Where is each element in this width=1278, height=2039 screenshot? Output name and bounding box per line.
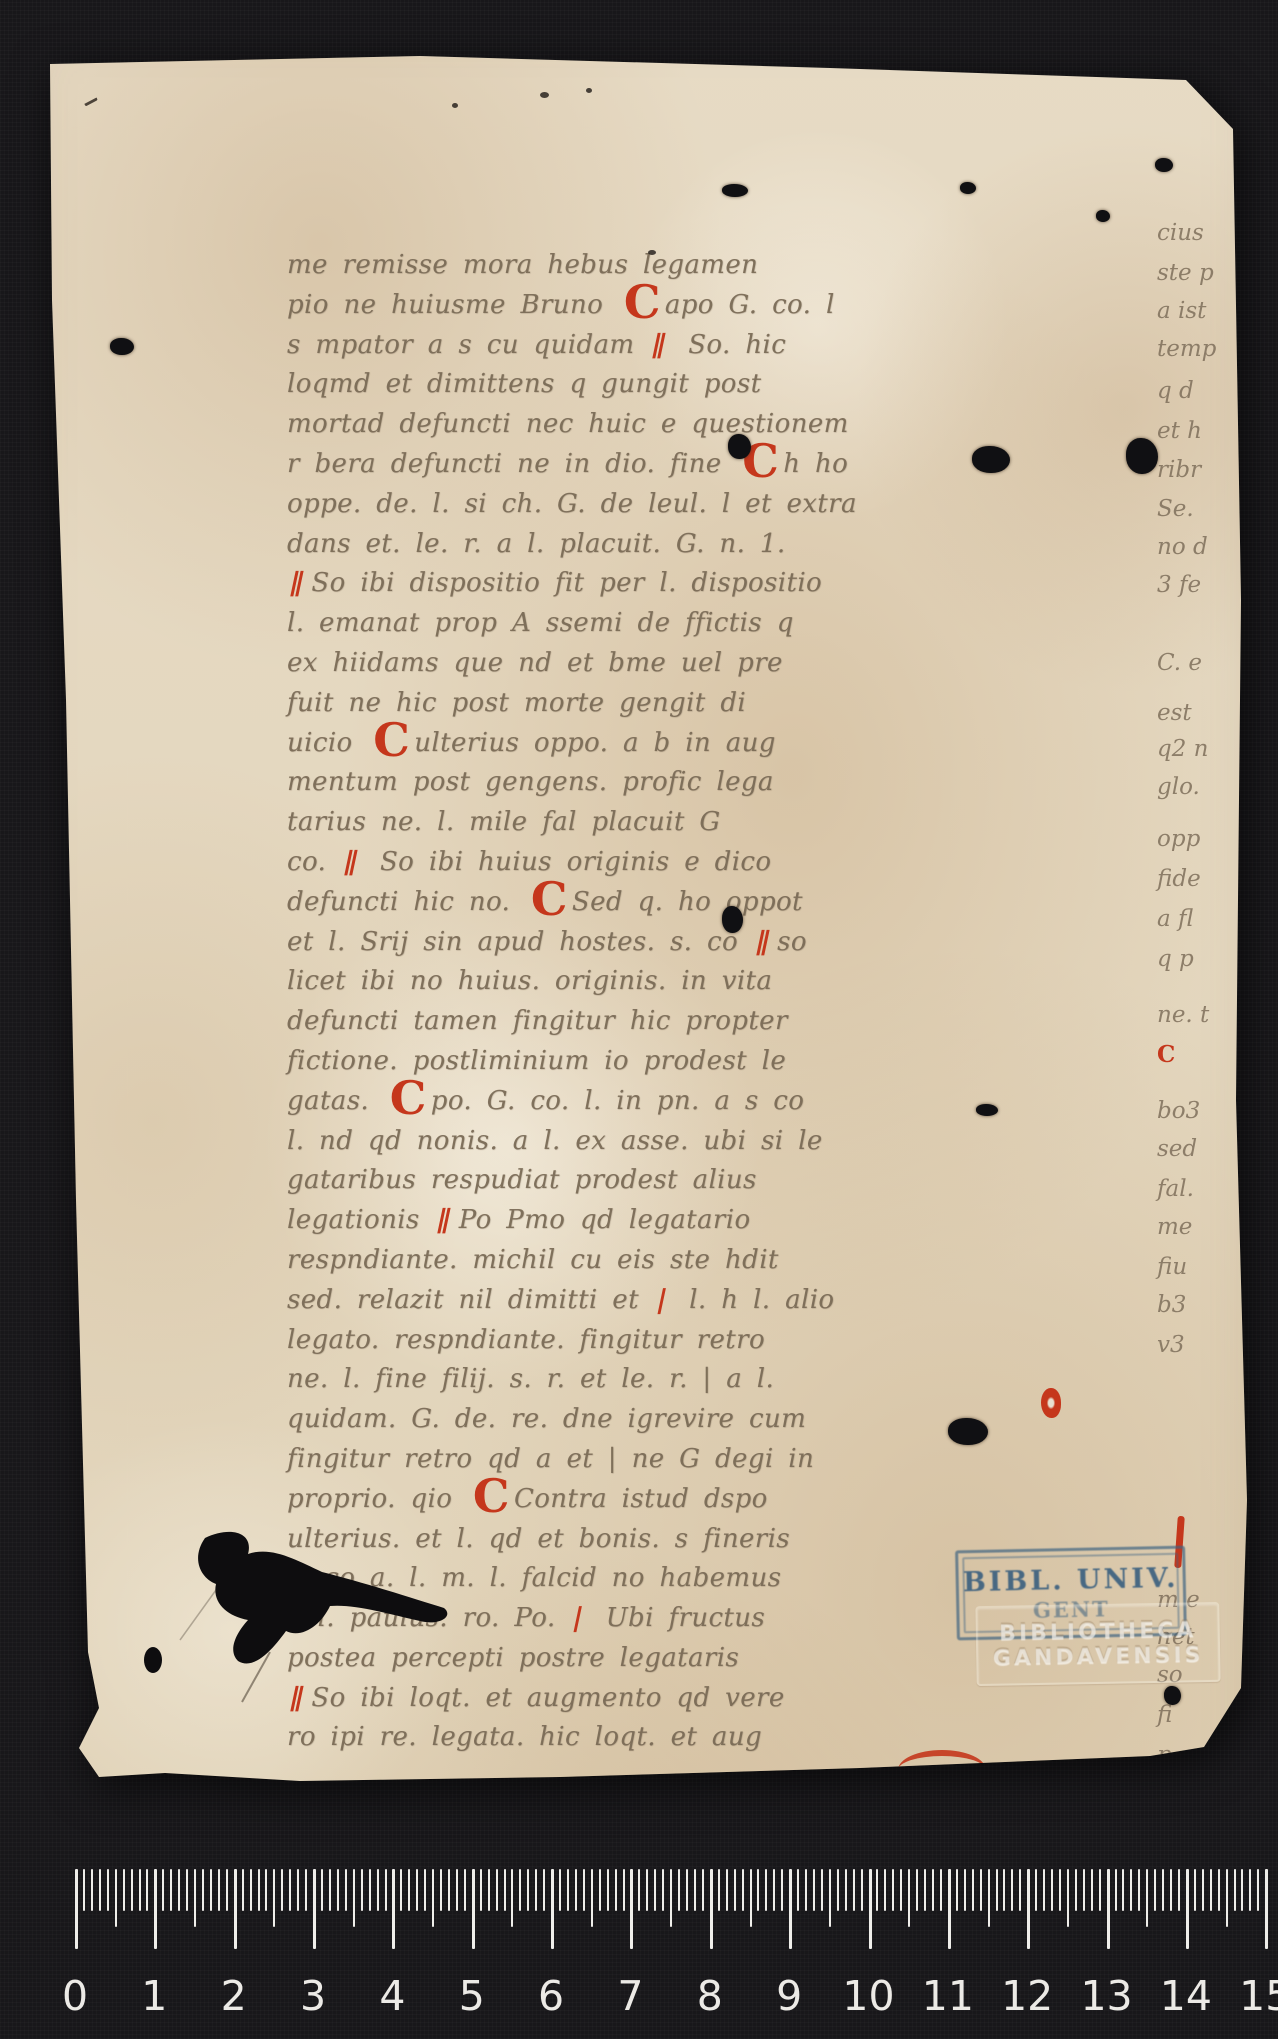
text-segment: so [777, 927, 807, 957]
margin-note: ne. t [1157, 1000, 1209, 1030]
text-segment: sed. relazit nil dimitti et [287, 1285, 654, 1315]
margin-note: 3 fe [1157, 570, 1201, 600]
worm-hole [722, 184, 748, 197]
worm-hole [1126, 438, 1158, 474]
text-segment: Sed q. ho oppot [572, 887, 803, 917]
text-line: pio ne huiusme Bruno Capo G. co. l [287, 286, 1027, 326]
margin-note: bo3 [1157, 1096, 1200, 1126]
blind-stamp-line1: BIBLIOTHECA [999, 1617, 1197, 1645]
text-line: mentum post gengens. profic lega [287, 763, 1027, 803]
text-line: tarius ne. l. mile fal placuit G [287, 803, 1027, 843]
text-segment: ne. l. fine filij. s. r. et le. r. | a l… [287, 1364, 774, 1394]
text-line: fingitur retro qd a et | ne G degi in [287, 1440, 1027, 1480]
text-segment: ex hiidams que nd et bme uel pre [287, 648, 783, 678]
margin-note: fal. [1157, 1174, 1194, 1204]
text-segment: s mpator a s cu quidam [287, 330, 649, 360]
ink-speck [648, 250, 656, 255]
text-segment: l. emanat prop A ssemi de ffictis q [287, 608, 794, 638]
text-segment: apo G. co. l [665, 290, 835, 320]
text-segment: r bera defuncti ne in dio. fine [287, 449, 736, 479]
text-line: sed. relazit nil dimitti et | l. h l. al… [287, 1281, 1027, 1321]
text-segment: ulterius oppo. a b in aug [414, 728, 776, 758]
worm-hole [972, 446, 1010, 473]
text-line: ro ipi re. legata. hic loqt. et aug [287, 1718, 1027, 1758]
text-line: defuncti tamen fingitur hic propter [287, 1002, 1027, 1042]
red-ink-mark [1041, 1388, 1061, 1418]
text-segment: So. hic [674, 330, 787, 360]
text-segment: dans et. le. r. a l. placuit. G. n. 1. [287, 529, 786, 559]
text-segment: mentum post gengens. profic lega [287, 767, 774, 797]
text-segment: legationis [287, 1205, 434, 1235]
text-segment: uicio [287, 728, 367, 758]
margin-note: fide [1157, 864, 1201, 894]
blind-stamp-line2: GANDAVENSIS [993, 1642, 1204, 1671]
text-segment: defuncti hic no. [287, 887, 525, 917]
text-line: et l. Srij sin apud hostes. s. co ∥so [287, 923, 1027, 963]
text-segment: licet ibi no huius. originis. in vita [287, 966, 772, 996]
worm-hole [960, 182, 976, 194]
text-segment: Contra istud dspo [514, 1484, 768, 1514]
text-segment: po. G. co. l. in pn. a s co [431, 1086, 805, 1116]
margin-note: ste p [1157, 258, 1214, 288]
margin-note: q d [1157, 376, 1194, 406]
worm-hole [728, 434, 751, 459]
text-segment: me remisse mora hebus legamen [287, 250, 758, 280]
margin-note: p [1157, 1740, 1172, 1770]
worm-hole [1164, 1686, 1181, 1705]
corner-pen-mark [80, 89, 98, 106]
text-segment: respndiante. michil cu eis ste hdit [287, 1245, 779, 1275]
text-segment: loqmd et dimittens q gungit post [287, 369, 761, 399]
margin-note: temp [1157, 334, 1216, 364]
photo-stage: me remisse mora hebus legamenpio ne huiu… [0, 0, 1278, 2039]
text-line: dans et. le. r. a l. placuit. G. n. 1. [287, 525, 1027, 565]
margin-notes: ciusste pa isttempq det hribrSe.no d3 fe… [1157, 0, 1277, 1790]
margin-note: C. e [1157, 648, 1202, 678]
margin-note: q2 n [1157, 734, 1208, 764]
text-line: proprio. qio CContra istud dspo [287, 1480, 1027, 1520]
margin-note: q p [1157, 944, 1194, 974]
text-segment: l. h l. alio [675, 1285, 835, 1315]
text-line: ex hiidams que nd et bme uel pre [287, 644, 1027, 684]
text-line: quidam. G. de. re. dne igrevire cum [287, 1400, 1027, 1440]
margin-note: b3 [1157, 1290, 1186, 1320]
text-segment: defuncti tamen fingitur hic propter [287, 1006, 788, 1036]
text-segment: quidam. G. de. re. dne igrevire cum [287, 1404, 806, 1434]
text-line: licet ibi no huius. originis. in vita [287, 962, 1027, 1002]
margin-note: fiu [1157, 1252, 1187, 1282]
text-line: uicio Culterius oppo. a b in aug [287, 724, 1027, 764]
text-line: l. nd qd nonis. a l. ex asse. ubi si le [287, 1122, 1027, 1162]
rubric-mark: ∥ [433, 1201, 455, 1241]
text-segment: pio ne huiusme Bruno [287, 290, 618, 320]
rubric-mark: | [569, 1599, 587, 1639]
margin-note: a ist [1157, 296, 1206, 326]
margin-note: glo. [1157, 772, 1200, 802]
ink-speck [586, 88, 592, 93]
text-line: loqmd et dimittens q gungit post [287, 365, 1027, 405]
text-segment: So ibi dispositio fit per l. dispositio [311, 568, 822, 598]
ink-speck [540, 92, 549, 98]
text-segment: ro ipi re. legata. hic loqt. et aug [287, 1722, 762, 1752]
text-segment: gataribus respudiat prodest alius [287, 1165, 757, 1195]
text-line: oppe. de. l. si ch. G. de leul. l et ext… [287, 485, 1027, 525]
margin-note: me [1157, 1212, 1192, 1242]
text-line: l. emanat prop A ssemi de ffictis q [287, 604, 1027, 644]
margin-note: opp [1157, 824, 1200, 854]
text-segment: co. [287, 847, 341, 877]
rubric-mark: ∥ [751, 923, 773, 963]
margin-note: cius [1157, 218, 1204, 248]
text-segment: h ho [783, 449, 848, 479]
text-segment: oppe. de. l. si ch. G. de leul. l et ext… [287, 489, 857, 519]
text-segment: l. nd qd nonis. a l. ex asse. ubi si le [287, 1126, 823, 1156]
margin-rubric-mark: C [1157, 1040, 1175, 1070]
text-line: mortad defuncti nec huic e questionem [287, 405, 1027, 445]
text-line: ne. l. fine filij. s. r. et le. r. | a l… [287, 1360, 1027, 1400]
margin-note: Se. [1157, 494, 1194, 524]
rubric-mark: ∥ [648, 326, 670, 366]
parchment-wrap: me remisse mora hebus legamenpio ne huiu… [0, 0, 1278, 2039]
text-segment: fictione. postliminium io prodest le [287, 1046, 786, 1076]
margin-note: est [1157, 698, 1192, 728]
text-line: respndiante. michil cu eis ste hdit [287, 1241, 1027, 1281]
worm-hole [976, 1104, 998, 1116]
text-segment: et l. Srij sin apud hostes. s. co [287, 927, 753, 957]
margin-note: a fl [1157, 904, 1193, 934]
margin-note: et h [1157, 416, 1202, 446]
ink-blot [120, 1520, 480, 1720]
text-segment: Ubi fructus [591, 1603, 765, 1633]
text-line: ∥So ibi dispositio fit per l. dispositio [287, 564, 1027, 604]
text-segment: So ibi huius originis e dico [365, 847, 771, 877]
text-line: r bera defuncti ne in dio. fine Ch ho [287, 445, 1027, 485]
text-line: legato. respndiante. fingitur retro [287, 1321, 1027, 1361]
worm-hole [1155, 158, 1173, 172]
text-segment: legato. respndiante. fingitur retro [287, 1325, 765, 1355]
text-segment: Po Pmo qd legatario [459, 1205, 751, 1235]
rubric-mark: ∥ [286, 564, 308, 604]
margin-note: v3 [1157, 1330, 1185, 1360]
text-line: s mpator a s cu quidam ∥ So. hic [287, 326, 1027, 366]
margin-note: sed [1157, 1134, 1197, 1164]
text-line: gataribus respudiat prodest alius [287, 1161, 1027, 1201]
text-line: gatas. Cpo. G. co. l. in pn. a s co [287, 1082, 1027, 1122]
text-segment: gatas. [287, 1086, 384, 1116]
worm-hole [722, 906, 743, 933]
rubric-mark: | [652, 1281, 670, 1321]
text-segment: fuit ne hic post morte gengit di [287, 688, 746, 718]
embossed-blind-stamp: BIBLIOTHECA GANDAVENSIS [975, 1602, 1220, 1686]
worm-hole [948, 1418, 988, 1445]
text-segment: proprio. qio [287, 1484, 467, 1514]
worm-hole [1096, 210, 1110, 222]
parchment-leaf: me remisse mora hebus legamenpio ne huiu… [0, 0, 1278, 2039]
text-line: defuncti hic no. CSed q. ho oppot [287, 883, 1027, 923]
worm-hole [110, 338, 134, 355]
text-segment: tarius ne. l. mile fal placuit G [287, 807, 721, 837]
margin-note: no d [1157, 532, 1208, 562]
text-line: legationis ∥Po Pmo qd legatario [287, 1201, 1027, 1241]
ink-speck [452, 103, 458, 108]
margin-note: ribr [1157, 455, 1201, 485]
text-segment: fingitur retro qd a et | ne G degi in [287, 1444, 814, 1474]
rubric-mark: ∥ [340, 843, 362, 883]
text-line: co. ∥ So ibi huius originis e dico [287, 843, 1027, 883]
